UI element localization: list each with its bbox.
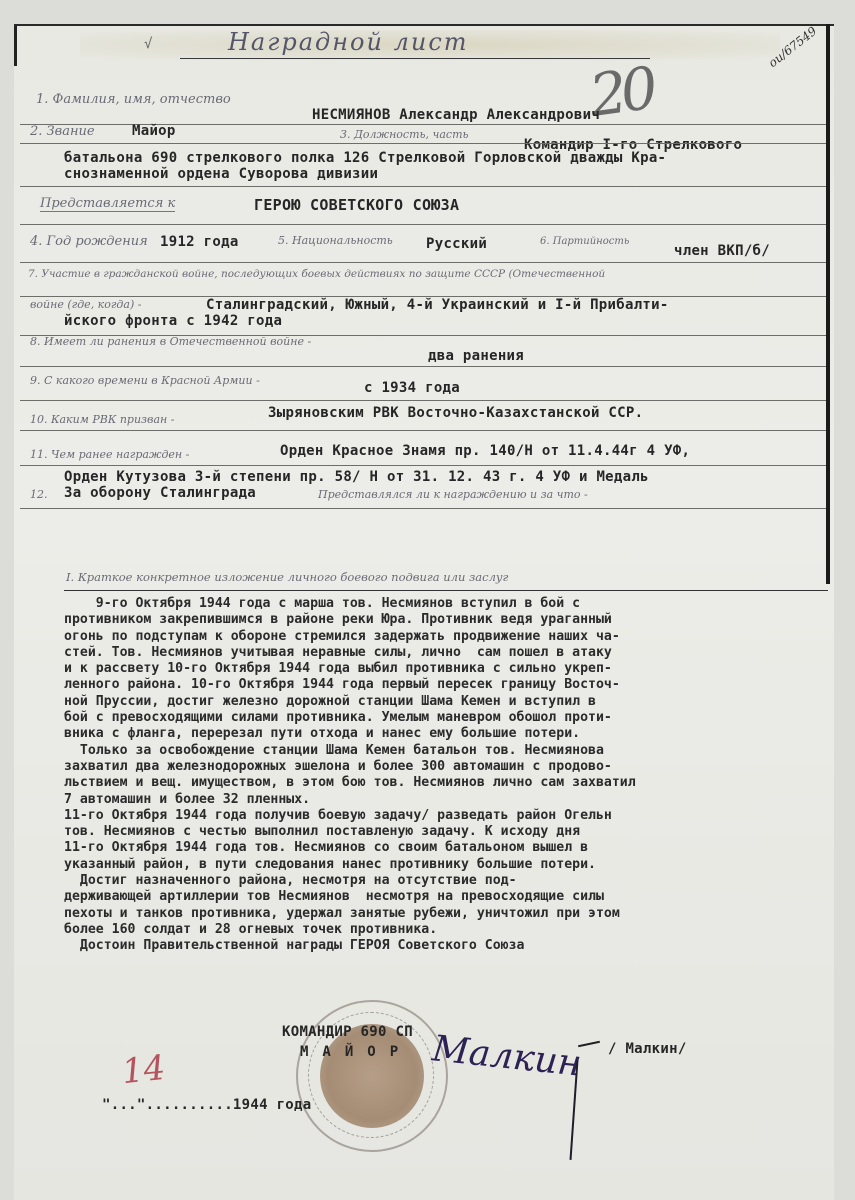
narrative-line: льствием и вещ. имуществом, в этом бою т… (64, 775, 824, 791)
narrative-line: ленного района. 10-го Октября 1944 года … (64, 677, 824, 693)
field-label-wounds: 8. Имеет ли ранения в Отечественной войн… (30, 335, 311, 348)
field-label-rank: 2. Звание (30, 124, 95, 139)
field-value-unit-line1: батальона 690 стрелкового полка 126 Стре… (64, 150, 666, 166)
commander-title: КОМАНДИР 690 СП (282, 1024, 413, 1040)
field-label-birth-year: 4. Год рождения (30, 234, 148, 249)
field-value-draft-office: Зыряновским РВК Восточно-Казахстанской С… (268, 405, 643, 421)
form-rule (20, 508, 826, 509)
field-label-prior-awards: 11. Чем ранее награжден - (30, 448, 189, 461)
narrative-line: тов. Несмиянов с честью выполнил поставл… (64, 824, 824, 840)
field-value-wounds: два ранения (428, 348, 524, 364)
narrative-line: бой с превосходящими силами противника. … (64, 710, 824, 726)
field-label-nationality: 5. Национальность (278, 234, 393, 247)
field-value-unit-line2: снознаменной ордена Суворова дивизии (64, 166, 378, 182)
field-label-position: 3. Должность, часть (340, 128, 469, 141)
field-value-fronts-line1: Сталинградский, Южный, 4-й Украинский и … (206, 297, 669, 313)
form-rule (20, 465, 826, 466)
field-value-army-since: с 1934 года (364, 380, 460, 396)
field-value-nationality: Русский (426, 236, 487, 252)
section-label-feat: I. Краткое конкретное изложение личного … (66, 570, 508, 584)
field-label-army-since: 9. С какого времени в Красной Армии - (30, 374, 260, 387)
field-value-rank: Майор (132, 123, 176, 139)
narrative-line: указанный район, в пути следования нанес… (64, 857, 824, 873)
field-value-birth-year: 1912 года (160, 234, 239, 250)
form-rule (20, 143, 826, 144)
narrative-line: 11-го Октября 1944 года получив боевую з… (64, 808, 824, 824)
form-rule (20, 262, 826, 263)
narrative-line: более 160 солдат и 28 огневых точек прот… (64, 922, 824, 938)
narrative-line: Достоин Правительственной награды ГЕРОЯ … (64, 938, 824, 954)
form-rule (20, 430, 826, 431)
field-label-nominated: Представляется к (40, 196, 175, 212)
handwritten-day: 14 (120, 1048, 167, 1092)
narrative-line: 9-го Октября 1944 года с марша тов. Несм… (64, 596, 824, 612)
form-rule (20, 186, 826, 187)
form-rule (20, 224, 826, 225)
page-edge-border (826, 24, 830, 584)
narrative-line: противником закрепившимся в районе реки … (64, 612, 824, 628)
document-title: Наградной лист (228, 28, 469, 56)
narrative-line: вника с фланга, перерезал пути отхода и … (64, 726, 824, 742)
field-label-war-participation: 7. Участие в гражданской войне, последую… (28, 268, 605, 280)
narrative-line: стей. Тов. Несмиянов учитывая неравные с… (64, 645, 824, 661)
field-value-prior-awards-line1: Орден Красное Знамя пр. 140/Н от 11.4.44… (280, 443, 690, 459)
section-underline (64, 590, 828, 591)
form-rule (20, 400, 826, 401)
field-value-party: член ВКП/б/ (674, 243, 770, 259)
feat-narrative: 9-го Октября 1944 года с марша тов. Несм… (64, 596, 824, 955)
official-stamp (296, 1000, 448, 1152)
field-value-prior-awards-line2: Орден Кутузова 3-й степени пр. 58/ Н от … (64, 469, 649, 485)
field-value-nominated: ГЕРОЮ СОВЕТСКОГО СОЮЗА (254, 196, 459, 214)
field-value-prior-awards-line3: За оборону Сталинграда (64, 485, 256, 501)
field-label-party: 6. Партийность (540, 236, 629, 247)
narrative-line: ной Пруссии, достиг железно дорожной ста… (64, 694, 824, 710)
narrative-line: Только за освобождение станции Шама Кеме… (64, 743, 824, 759)
commander-rank: МАЙОР (300, 1044, 412, 1060)
narrative-line: Достиг назначенного района, несмотря на … (64, 873, 824, 889)
narrative-line: 11-го Октября 1944 года тов. Несмиянов с… (64, 840, 824, 856)
field-label-12: 12. (30, 488, 48, 501)
title-underline (180, 58, 650, 59)
field-label-name: 1. Фамилия, имя, отчество (36, 92, 231, 107)
field-value-name: НЕСМИЯНОВ Александр Александрович (312, 107, 600, 123)
field-label-prior-nomination: Представлялся ли к награждению и за что … (318, 488, 588, 501)
date-line: "..."..........1944 года (102, 1097, 312, 1113)
form-rule (20, 366, 826, 367)
narrative-line: огонь по подступам к обороне стремился з… (64, 629, 824, 645)
check-mark: √ (144, 36, 152, 52)
narrative-line: держивающей артиллерии тов Несмиянов нес… (64, 889, 824, 905)
signatory-name: / Малкин/ (608, 1041, 687, 1057)
field-value-fronts-line2: йского фронта с 1942 года (64, 313, 282, 329)
narrative-line: захватил два железнодорожных эшелона и б… (64, 759, 824, 775)
field-label-where-when: войне (где, когда) - (30, 298, 141, 311)
narrative-line: 7 автомашин и более 32 пленных. (64, 792, 824, 808)
field-label-draft-office: 10. Каким РВК призван - (30, 413, 174, 426)
narrative-line: и к рассвету 10-го Октября 1944 года выб… (64, 661, 824, 677)
narrative-line: пехоты и танков противника, удержал заня… (64, 906, 824, 922)
